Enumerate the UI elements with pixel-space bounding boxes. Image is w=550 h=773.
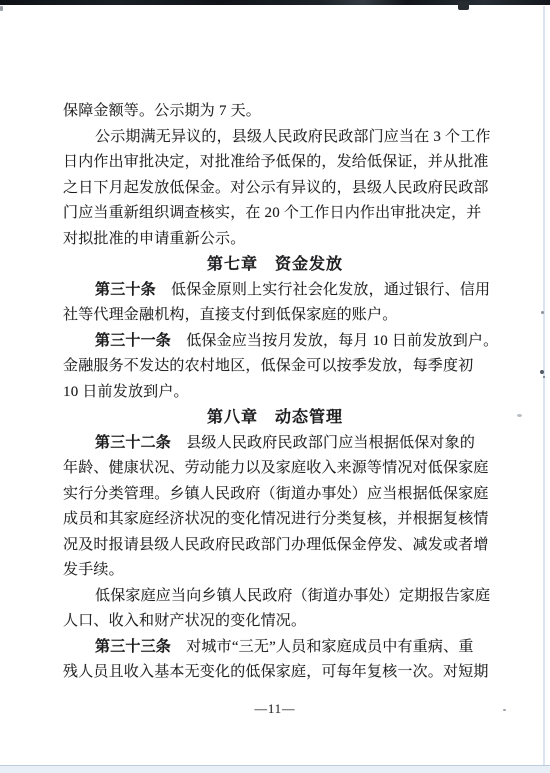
text-line: 年龄、健康状况、劳动能力以及家庭收入来源等情况对低保家庭 <box>63 456 487 482</box>
scan-speck <box>517 414 522 417</box>
page-number: —11— <box>63 702 487 716</box>
line-text: 10 日前发放到户。 <box>63 384 189 400</box>
text-line: 人口、收入和财产状况的变化情况。 <box>63 609 487 635</box>
line-text: 发手续。 <box>63 562 124 578</box>
text-line: 10 日前发放到户。 <box>63 380 487 406</box>
scan-speck <box>541 311 544 314</box>
chapter-heading: 第七章 资金发放 <box>63 252 487 278</box>
line-text: 低保金原则上实行社会化发放，通过银行、信用 <box>156 282 490 298</box>
line-text: 日内作出审批决定，对批准给予低保的，发给低保证，并从批准 <box>63 154 489 170</box>
line-text: 县级人民政府民政部门应当根据低保对象的 <box>171 435 475 451</box>
text-line: 保障金额等。公示期为 7 天。 <box>63 99 487 125</box>
scan-speck <box>540 370 544 374</box>
text-line: 对拟批准的申请重新公示。 <box>63 227 487 253</box>
line-text: 对城市“三无”人员和家庭成员中有重病、重 <box>171 639 474 655</box>
line-text: 第七章 资金发放 <box>207 256 343 273</box>
scan-ink-blob <box>458 1 469 10</box>
article-number: 第三十二条 <box>95 435 171 451</box>
text-line: 残人员且收入基本无变化的低保家庭，可每年复核一次。对短期 <box>63 660 487 686</box>
text-line: 第三十三条 对城市“三无”人员和家庭成员中有重病、重 <box>63 635 487 661</box>
scan-speck <box>503 709 506 711</box>
line-text: 成员和其家庭经济状况的变化情况进行分类复核，并根据复核情 <box>63 511 489 527</box>
text-line: 发手续。 <box>63 558 487 584</box>
text-line: 第三十条 低保金原则上实行社会化发放，通过银行、信用 <box>63 278 487 304</box>
document-body: 保障金额等。公示期为 7 天。公示期满无异议的，县级人民政府民政部门应当在 3 … <box>63 99 487 716</box>
line-text: 人口、收入和财产状况的变化情况。 <box>63 613 306 629</box>
line-text: 低保家庭应当向乡镇人民政府（街道办事处）定期报告家庭 <box>95 588 490 604</box>
article-number: 第三十三条 <box>95 639 171 655</box>
line-text: 况及时报请县级人民政府民政部门办理低保金停发、减发或者增 <box>63 537 489 553</box>
scanned-page: { "page": { "kind": "scanned regulation … <box>0 0 550 773</box>
article-number: 第三十一条 <box>95 333 171 349</box>
text-line: 社等代理金融机构，直接支付到低保家庭的账户。 <box>63 303 487 329</box>
line-text: 保障金额等。公示期为 7 天。 <box>63 103 261 119</box>
text-line: 公示期满无异议的，县级人民政府民政部门应当在 3 个工作 <box>63 125 487 151</box>
line-text: 门应当重新组织调查核实，在 20 个工作日内作出审批决定，并 <box>63 205 482 221</box>
text-line: 门应当重新组织调查核实，在 20 个工作日内作出审批决定，并 <box>63 201 487 227</box>
scan-speck <box>0 6 3 11</box>
text-line: 成员和其家庭经济状况的变化情况进行分类复核，并根据复核情 <box>63 507 487 533</box>
chapter-heading: 第八章 动态管理 <box>63 405 487 431</box>
text-line: 第三十二条 县级人民政府民政部门应当根据低保对象的 <box>63 431 487 457</box>
text-line: 日内作出审批决定，对批准给予低保的，发给低保证，并从批准 <box>63 150 487 176</box>
line-text: —11— <box>254 702 295 716</box>
line-text: 金融服务不发达的农村地区，低保金可以按季发放，每季度初 <box>63 358 473 374</box>
scan-top-edge-bar <box>0 0 550 5</box>
text-line: 第三十一条 低保金应当按月发放，每月 10 日前发放到户。 <box>63 329 487 355</box>
text-line: 之日下月起发放低保金。对公示有异议的，县级人民政府民政部 <box>63 176 487 202</box>
article-number: 第三十条 <box>95 282 156 298</box>
text-line: 实行分类管理。乡镇人民政府（街道办事处）应当根据低保家庭 <box>63 482 487 508</box>
line-text: 对拟批准的申请重新公示。 <box>63 231 245 247</box>
text-line: 金融服务不发达的农村地区，低保金可以按季发放，每季度初 <box>63 354 487 380</box>
line-text: 公示期满无异议的，县级人民政府民政部门应当在 3 个工作 <box>95 129 491 145</box>
text-line: 况及时报请县级人民政府民政部门办理低保金停发、减发或者增 <box>63 533 487 559</box>
scan-bottom-edge-strip <box>0 765 550 773</box>
line-text: 实行分类管理。乡镇人民政府（街道办事处）应当根据低保家庭 <box>63 486 489 502</box>
line-text: 社等代理金融机构，直接支付到低保家庭的账户。 <box>63 307 397 323</box>
line-text: 年龄、健康状况、劳动能力以及家庭收入来源等情况对低保家庭 <box>63 460 489 476</box>
line-text: 第八章 动态管理 <box>207 409 343 426</box>
page-right-edge-line <box>543 6 545 766</box>
text-line: 低保家庭应当向乡镇人民政府（街道办事处）定期报告家庭 <box>63 584 487 610</box>
line-text: 残人员且收入基本无变化的低保家庭，可每年复核一次。对短期 <box>63 664 489 680</box>
line-text: 低保金应当按月发放，每月 10 日前发放到户。 <box>171 333 498 349</box>
line-text: 之日下月起发放低保金。对公示有异议的，县级人民政府民政部 <box>63 180 489 196</box>
